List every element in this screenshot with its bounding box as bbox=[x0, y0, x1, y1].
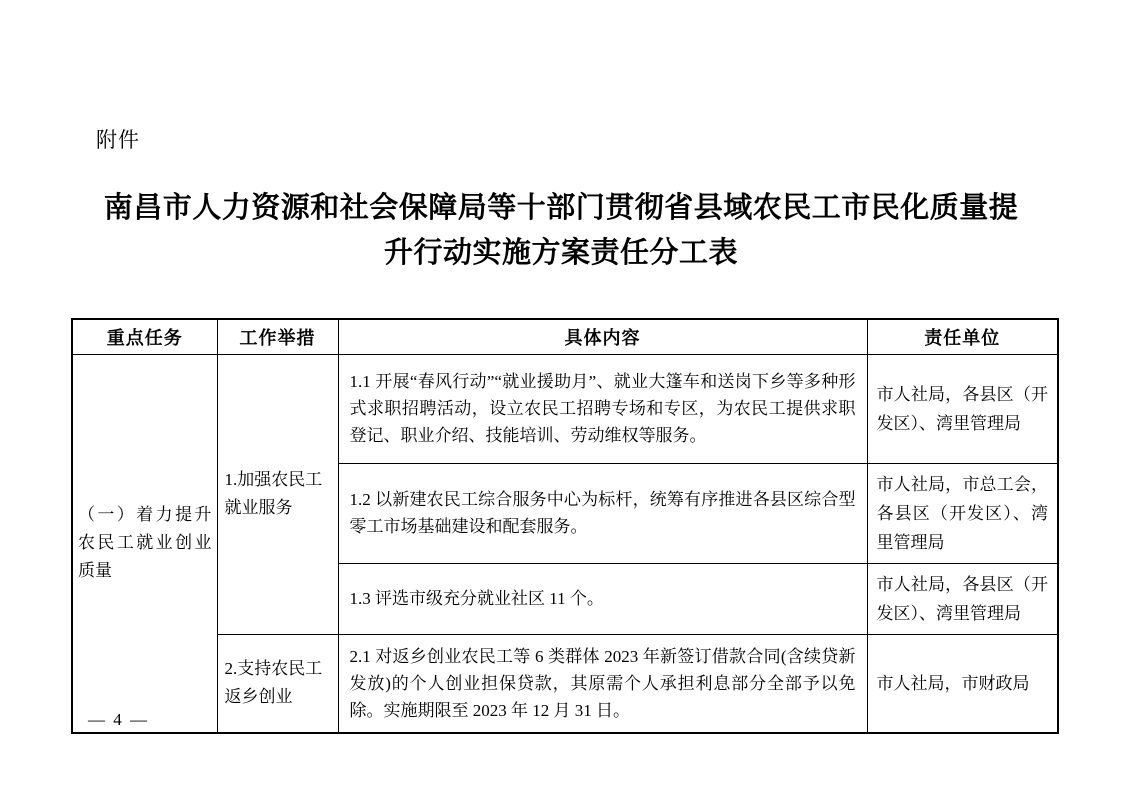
content-cell-1-2: 1.2 以新建农民工综合服务中心为标杆，统筹有序推进各县区综合型零工市场基础建设… bbox=[338, 463, 867, 563]
table-row: 2.支持农民工返乡创业 2.1 对返乡创业农民工等 6 类群体 2023 年新签… bbox=[72, 634, 1058, 733]
content-cell-1-1: 1.1 开展“春风行动”“就业援助月”、就业大篷车和送岗下乡等多种形式求职招聘活… bbox=[338, 354, 867, 463]
key-task-cell: （一）着力提升农民工就业创业质量 bbox=[72, 354, 217, 733]
page-number: — 4 — bbox=[88, 710, 149, 730]
header-responsible-unit: 责任单位 bbox=[867, 319, 1058, 354]
document-page: 附件 南昌市人力资源和社会保障局等十部门贯彻省县域农民工市民化质量提 升行动实施… bbox=[0, 0, 1122, 793]
responsible-cell-2-1: 市人社局，市财政局 bbox=[867, 634, 1058, 733]
responsible-cell-1-3: 市人社局，各县区（开发区）、湾里管理局 bbox=[867, 563, 1058, 634]
header-specific-content: 具体内容 bbox=[338, 319, 867, 354]
header-work-measure: 工作举措 bbox=[217, 319, 338, 354]
measure-cell-1: 1.加强农民工就业服务 bbox=[217, 354, 338, 634]
document-title-line2: 升行动实施方案责任分工表 bbox=[0, 231, 1122, 276]
document-title-line1: 南昌市人力资源和社会保障局等十部门贯彻省县域农民工市民化质量提 bbox=[0, 186, 1122, 231]
table-row: （一）着力提升农民工就业创业质量 1.加强农民工就业服务 1.1 开展“春风行动… bbox=[72, 354, 1058, 463]
responsible-cell-1-2: 市人社局，市总工会，各县区（开发区）、湾里管理局 bbox=[867, 463, 1058, 563]
document-title: 南昌市人力资源和社会保障局等十部门贯彻省县域农民工市民化质量提 升行动实施方案责… bbox=[0, 186, 1122, 276]
table-header-row: 重点任务 工作举措 具体内容 责任单位 bbox=[72, 319, 1058, 354]
content-cell-1-3: 1.3 评选市级充分就业社区 11 个。 bbox=[338, 563, 867, 634]
responsible-cell-1-1: 市人社局，各县区（开发区）、湾里管理局 bbox=[867, 354, 1058, 463]
attachment-label: 附件 bbox=[96, 124, 140, 154]
measure-cell-2: 2.支持农民工返乡创业 bbox=[217, 634, 338, 733]
header-key-task: 重点任务 bbox=[72, 319, 217, 354]
content-cell-2-1: 2.1 对返乡创业农民工等 6 类群体 2023 年新签订借款合同(含续贷新发放… bbox=[338, 634, 867, 733]
responsibility-table: 重点任务 工作举措 具体内容 责任单位 （一）着力提升农民工就业创业质量 1.加… bbox=[71, 318, 1059, 734]
